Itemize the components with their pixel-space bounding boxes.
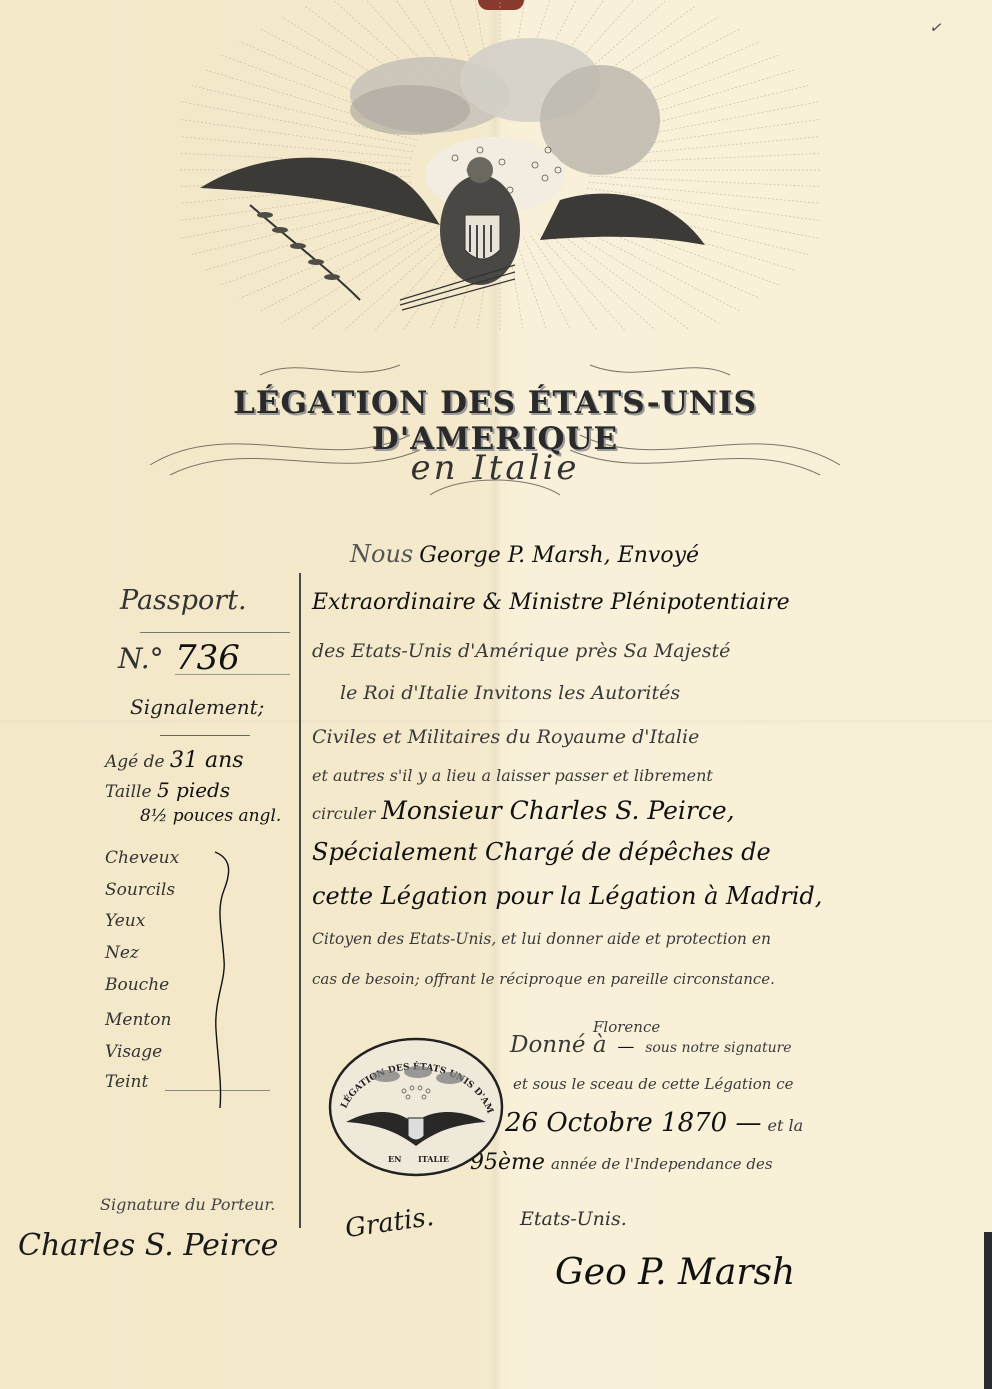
printed-text: et la	[768, 1116, 804, 1135]
handwritten-date: 26 Octobre 1870 —	[505, 1108, 761, 1138]
description-face: Visage	[105, 1042, 162, 1062]
description-eyes: Yeux	[105, 911, 145, 931]
description-label: Agé de	[105, 752, 165, 772]
printed-text: et autres s'il y a lieu a laisser passer…	[312, 766, 713, 785]
independence-line: 95ème année de l'Independance des	[470, 1150, 992, 1175]
description-height-inches: 8½ pouces angl.	[140, 806, 281, 826]
etats-unis-line: Etats-Unis.	[520, 1208, 627, 1230]
printed-text: des Etats-Unis d'Amérique près Sa Majest…	[312, 640, 730, 662]
description-label: Cheveux	[105, 848, 179, 868]
passport-number-value: 736	[175, 638, 240, 678]
description-label: Yeux	[105, 911, 145, 931]
body-line-10: Citoyen des Etats-Unis, et lui donner ai…	[312, 930, 882, 948]
checkmark-icon: ✓	[928, 17, 945, 38]
description-label: Nez	[105, 943, 139, 963]
handwritten-text: cette Légation pour la Légation à Madrid…	[312, 882, 822, 910]
handwritten-text: Extraordinaire & Ministre Plénipotentiai…	[312, 590, 790, 615]
body-line-8: Spécialement Chargé de dépêches de	[312, 838, 882, 866]
description-label: Menton	[105, 1010, 171, 1030]
date-line: 26 Octobre 1870 — et la	[505, 1108, 992, 1138]
bearer-signature: Charles S. Peirce	[18, 1228, 278, 1263]
description-value: 31 ans	[170, 748, 244, 773]
body-line-7: circuler Monsieur Charles S. Peirce,	[312, 796, 882, 825]
svg-text:ITALIE: ITALIE	[418, 1154, 449, 1164]
description-chin: Menton	[105, 1010, 171, 1030]
body-line-6: et autres s'il y a lieu a laisser passer…	[312, 766, 882, 785]
handwritten-text: Monsieur Charles S. Peirce,	[381, 796, 734, 825]
printed-text: circuler	[312, 804, 375, 823]
description-nose: Nez	[105, 943, 139, 963]
given-at-line: Donné à — sous notre signature	[510, 1032, 992, 1058]
envoy-signature: Geo P. Marsh	[555, 1252, 795, 1293]
description-complexion: Teint	[105, 1072, 148, 1092]
printed-text: cas de besoin; offrant le réciproque en …	[312, 970, 775, 988]
body-line-3: des Etats-Unis d'Amérique près Sa Majest…	[312, 640, 882, 662]
background-edge	[984, 1232, 992, 1389]
printed-text: Civiles et Militaires du Royaume d'Itali…	[312, 726, 699, 748]
description-age: Agé de 31 ans	[105, 748, 244, 773]
eagle-engraving	[180, 0, 820, 330]
passport-label: Passport.	[120, 585, 247, 616]
body-line-2: Extraordinaire & Ministre Plénipotentiai…	[312, 590, 882, 615]
column-divider	[299, 573, 301, 1228]
eagle-seal-icon: LÉGATION DES ÉTATS UNIS D'AMERIQUE EN IT…	[326, 1036, 506, 1178]
seal-line: et sous le sceau de cette Légation ce	[513, 1075, 992, 1093]
description-label: Teint	[105, 1072, 148, 1092]
description-height: Taille 5 pieds	[105, 778, 230, 802]
signalement-label: Signalement;	[130, 695, 264, 719]
printed-text: le Roi d'Italie Invitons les Autorités	[340, 682, 680, 704]
brace-mark-icon	[210, 850, 250, 1110]
divider-line	[160, 735, 250, 736]
legation-seal: LÉGATION DES ÉTATS UNIS D'AMERIQUE EN IT…	[326, 1036, 506, 1178]
description-eyebrows: Sourcils	[105, 880, 175, 900]
printed-text: année de l'Independance des	[551, 1155, 773, 1173]
description-label: Taille	[105, 782, 152, 802]
eagle-emblem-icon	[180, 0, 820, 330]
description-mouth: Bouche	[105, 975, 169, 995]
printed-text: Citoyen des Etats-Unis, et lui donner ai…	[312, 930, 771, 948]
divider-line	[175, 674, 290, 675]
description-hair: Cheveux	[105, 848, 179, 868]
body-line-5: Civiles et Militaires du Royaume d'Itali…	[312, 726, 882, 748]
description-value: 8½ pouces angl.	[140, 806, 281, 826]
description-label: Bouche	[105, 975, 169, 995]
body-line-4: le Roi d'Italie Invitons les Autorités	[340, 682, 910, 704]
legation-subtitle: en Italie	[110, 448, 880, 488]
body-line-11: cas de besoin; offrant le réciproque en …	[312, 970, 882, 988]
body-line-1: Nous George P. Marsh, Envoyé	[350, 540, 920, 568]
body-line-9: cette Légation pour la Légation à Madrid…	[312, 882, 882, 910]
handwritten-text: George P. Marsh, Envoyé	[419, 543, 699, 568]
handwritten-text: Spécialement Chargé de dépêches de	[312, 838, 771, 866]
passport-number-label: N.°	[118, 642, 164, 675]
description-label: Sourcils	[105, 880, 175, 900]
printed-text: sous notre signature	[645, 1040, 791, 1056]
bearer-signature-label: Signature du Porteur.	[100, 1195, 275, 1214]
printed-text: Donné à	[510, 1032, 607, 1058]
svg-text:EN: EN	[388, 1154, 401, 1164]
description-label: Visage	[105, 1042, 162, 1062]
printed-text: Nous	[350, 540, 413, 568]
gratis-annotation: Gratis.	[343, 1202, 435, 1244]
description-value: 5 pieds	[157, 778, 230, 802]
legation-title: LÉGATION DES ÉTATS-UNIS D'AMERIQUE	[110, 385, 880, 457]
divider-line	[140, 632, 290, 633]
